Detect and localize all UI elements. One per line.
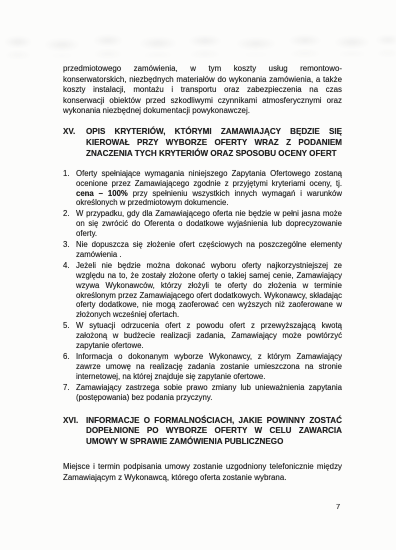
list-item-text: W przypadku, gdy dla Zamawiającego ofert… [76,209,342,238]
criteria-list: 1. Oferty spełniające wymagania niniejsz… [63,169,342,403]
closing-paragraph: Miejsce i termin podpisania umowy zostan… [63,462,342,483]
list-item-number: 3. [63,240,70,250]
list-item: 7. Zamawiający zastrzega sobie prawo zmi… [63,383,342,403]
document-body: przedmiotowego zamówienia, w tym koszty … [63,64,342,483]
document-page: przedmiotowego zamówienia, w tym koszty … [0,0,396,550]
list-item-number: 1. [63,169,70,179]
section-xv-number: XV. [63,127,75,138]
list-item: 4. Jeżeli nie będzie można dokonać wybor… [63,261,342,320]
list-item-number: 4. [63,261,70,271]
list-item: 2. W przypadku, gdy dla Zamawiającego of… [63,209,342,239]
list-item-number: 5. [63,321,70,331]
list-item-text: Zamawiający zastrzega sobie prawo zmiany… [76,383,342,402]
list-item-number: 6. [63,352,70,362]
list-item: 1. Oferty spełniające wymagania niniejsz… [63,169,342,209]
section-xvi-title: INFORMACJE O FORMALNOŚCIACH, JAKIE POWIN… [86,416,342,447]
list-item-number: 2. [63,209,70,219]
intro-paragraph: przedmiotowego zamówienia, w tym koszty … [63,64,342,117]
list-item: 6. Informacja o dokonanym wyborze Wykona… [63,352,342,382]
list-item: 3. Nie dopuszcza się złożenie ofert częś… [63,240,342,260]
section-xv-heading: XV. OPIS KRYTERIÓW, KTÓRYMI ZAMAWIAJĄCY … [63,127,342,160]
section-xvi-heading: XVI. INFORMACJE O FORMALNOŚCIACH, JAKIE … [63,416,342,449]
section-xvi-number: XVI. [63,416,78,427]
list-item-text: Oferty spełniające wymagania niniejszego… [76,169,342,208]
scan-smudge-artifact-lower [0,43,396,57]
list-item-text: Informacja o dokonanym wyborze Wykonawcy… [76,352,342,381]
section-xv-title: OPIS KRYTERIÓW, KTÓRYMI ZAMAWIAJĄCY BĘDZ… [86,127,342,158]
list-item-text: Nie dopuszcza się złożenie ofert częścio… [76,240,342,259]
list-item-text: Jeżeli nie będzie można dokonać wyboru o… [76,261,342,320]
list-item-text-bold: cena – 100% [76,189,128,198]
list-item-text-pre: Oferty spełniające wymagania niniejszego… [76,169,342,188]
list-item-number: 7. [63,383,70,393]
page-number: 7 [336,502,340,511]
list-item-text: W sytuacji odrzucenia ofert z powodu ofe… [76,321,342,350]
list-item: 5. W sytuacji odrzucenia ofert z powodu … [63,321,342,351]
